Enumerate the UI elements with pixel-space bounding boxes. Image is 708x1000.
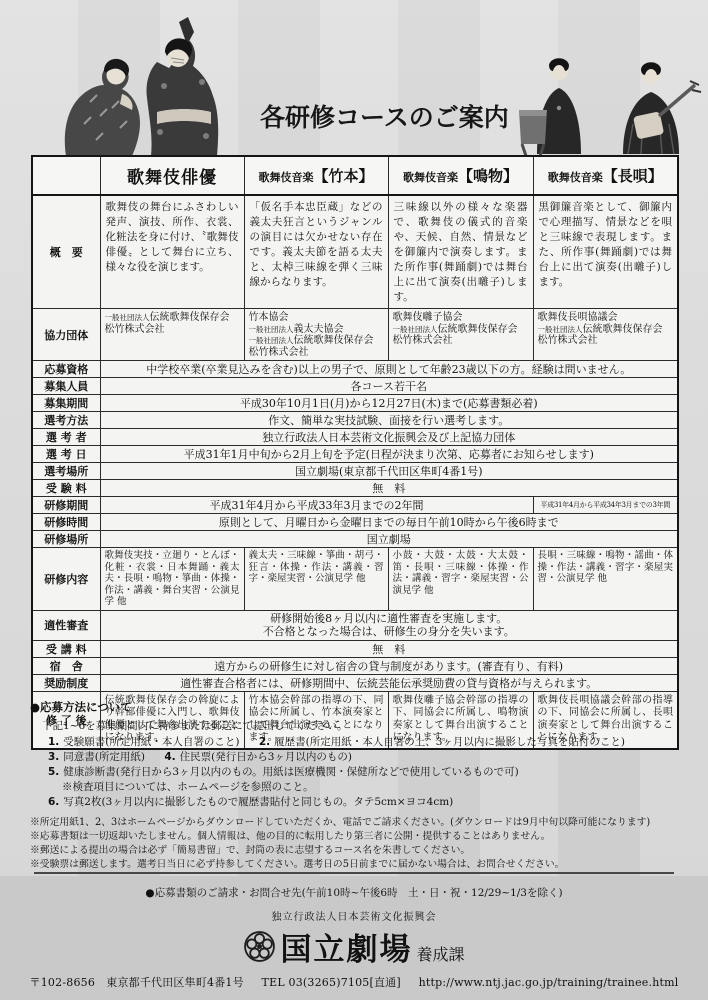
partner-line: 松竹株式会社 [249, 347, 384, 359]
row-selectors: 選 考 者独立行政法人日本芸術文化振興会及び上記協力団体 [32, 429, 678, 446]
application-item-line: 5.健康診断書(発行日から3ヶ月以内のもの。用紙は医療機関・保健所などで使用して… [48, 765, 680, 780]
row-label: 協力団体 [32, 309, 100, 361]
telephone: TEL 03(3265)7105[直通] [262, 976, 401, 989]
row-value: 国立劇場(東京都千代田区隼町4番1号) [100, 463, 678, 480]
item-text: 住民票(発行日から3ヶ月以内のもの) [180, 751, 352, 763]
corp-name: 歌舞伎囃子協会 [393, 312, 463, 323]
corp-name: 松竹株式会社 [393, 335, 453, 346]
row-label: 選考方法 [32, 412, 100, 429]
corp-name: 伝統歌舞伎保存会 [438, 324, 518, 335]
footer: ●応募書類のご請求・お問合せ先(午前10時~午後6時 土・日・祝・12/29~1… [0, 876, 708, 1000]
row-label: 選 考 者 [32, 429, 100, 446]
postal-address: 〒102-8656 東京都千代田区隼町4番1号 [30, 976, 244, 989]
row-training-place: 研修場所国立劇場 [32, 531, 678, 548]
corner-cell [32, 156, 100, 195]
row-label: 選 考 日 [32, 446, 100, 463]
corp-name: 伝統歌舞伎保存会 [294, 335, 374, 346]
row-curriculum: 研修内容 歌舞伎実技・立廻り・とんぼ・化粧・衣裳・日本舞踊・義太夫・長唄・鳴物・… [32, 548, 678, 611]
row-partners: 協力団体 一般社団法人伝統歌舞伎保存会 松竹株式会社 竹本協会 一般社団法人義太… [32, 309, 678, 361]
partner-line: 一般社団法人伝統歌舞伎保存会 [393, 324, 529, 336]
row-value: 平成30年10月1日(月)から12月27日(木)まで(応募書類必着) [100, 395, 678, 412]
row-label: 研修内容 [32, 548, 100, 611]
row-value: 独立行政法人日本芸術文化振興会及び上記協力団体 [100, 429, 678, 446]
row-label: 研修時間 [32, 514, 100, 531]
theater-title-line: 国立劇場 養成課 [0, 924, 708, 969]
corp-type: 一般社団法人 [538, 325, 583, 334]
corp-name: 竹本協会 [249, 312, 289, 323]
item-text: 健康診断書(発行日から3ヶ月以内のもの。用紙は医療機関・保健所などで使用している… [63, 766, 518, 778]
row-value: 各コース若干名 [100, 378, 678, 395]
partner-line: 一般社団法人義太夫協会 [249, 324, 384, 336]
kabuki-actors-illustration [60, 10, 258, 157]
footer-divider [34, 872, 674, 874]
item-number: 5. [48, 766, 59, 778]
table-header-row: 歌舞伎俳優 歌舞伎音楽【竹本】 歌舞伎音楽【鳴物】 歌舞伎音楽【長唄】 [32, 156, 678, 195]
row-label: 奨励制度 [32, 674, 100, 691]
row-selection-place: 選考場所国立劇場(東京都千代田区隼町4番1号) [32, 463, 678, 480]
row-value: 適性審査合格者には、研修期間中、伝統芸能伝承奨励費の貸与資格が与えられます。 [100, 674, 678, 691]
row-training-hours: 研修時間原則として、月曜日から金曜日までの毎日午前10時から午後6時まで [32, 514, 678, 531]
training-period-nagauta: 平成31年4月から平成34年3月までの3年間 [533, 497, 678, 514]
row-label: 募集人員 [32, 378, 100, 395]
row-selection-date: 選 考 日平成31年1月中旬から2月上旬を予定(日程が決まり次第、応募者にお知ら… [32, 446, 678, 463]
row-exam-fee: 受 験 料無 料 [32, 480, 678, 497]
aptitude-line-2: 不合格となった場合は、研修生の身分を失います。 [105, 625, 674, 639]
row-label: 概 要 [32, 195, 100, 309]
row-value: 遠方からの研修生に対し宿舎の貸与制度があります。(審査有り、有料) [100, 657, 678, 674]
row-overview: 概 要 歌舞伎の舞台にふさわしい発声、演技、所作、衣裳、化粧法を身に付け、〝歌舞… [32, 195, 678, 309]
column-label-prefix: 歌舞伎音楽 [548, 171, 603, 184]
shamisen-musicians-illustration [505, 52, 705, 157]
item-number: 3. [48, 751, 59, 763]
item-number: 4. [164, 751, 175, 763]
curriculum-cell: 長唄・三味線・鳴物・謡曲・体操・作法・講義・習字・楽屋実習・公演見学 他 [533, 548, 678, 611]
application-item-line: 6.写真2枚(3ヶ月以内に撮影したもので履歴書貼付と同じもの。タテ5cm×ヨコ4… [48, 795, 680, 810]
corp-name: 歌舞伎長唄協議会 [538, 312, 618, 323]
row-value: 作文、簡単な実技試験、面接を行い選考します。 [100, 412, 678, 429]
row-incentive: 奨励制度適性審査合格者には、研修期間中、伝統芸能伝承奨励費の貸与資格が与えられま… [32, 674, 678, 691]
partners-cell: 歌舞伎囃子協会 一般社団法人伝統歌舞伎保存会 松竹株式会社 [388, 309, 533, 361]
row-value: 原則として、月曜日から金曜日までの毎日午前10時から午後6時まで [100, 514, 678, 531]
partner-line: 松竹株式会社 [538, 335, 674, 347]
overview-cell: 「仮名手本忠臣蔵」などの義太夫狂言というジャンルの演目には欠かせない存在です。義… [244, 195, 388, 309]
item-number: 1. [48, 736, 59, 748]
partner-line: 松竹株式会社 [105, 324, 240, 336]
column-header-narimono: 歌舞伎音楽【鳴物】 [388, 156, 533, 195]
row-lodging: 宿 舎遠方からの研修生に対し宿舎の貸与制度があります。(審査有り、有料) [32, 657, 678, 674]
note-line: ※受験票は郵送します。選考日当日に必ず持参してください。選考日の5日前までに届か… [30, 858, 680, 872]
contact-info-line: ●応募書類のご請求・お問合せ先(午前10時~午後6時 土・日・祝・12/29~1… [0, 885, 708, 900]
row-value: 無 料 [100, 480, 678, 497]
item-text: 同意書(所定用紙) [63, 751, 145, 763]
column-label: 【長唄】 [603, 167, 663, 185]
overview-cell: 三味線以外の様々な楽器で、歌舞伎の儀式的音楽や、天候、自然、情景などを御簾内で演… [388, 195, 533, 309]
curriculum-cell: 義太夫・三味線・箏曲・胡弓・狂言・体操・作法・講義・習字・楽屋実習・公演見学 他 [244, 548, 388, 611]
application-intro: 下記1~6を募集期間内に持参または郵送にて提出してください。 [42, 718, 680, 733]
application-item-subnote: ※検査項目については、ホームページを参照のこと。 [62, 780, 680, 795]
partner-line: 一般社団法人伝統歌舞伎保存会 [249, 335, 384, 347]
row-tuition: 受 講 料無 料 [32, 640, 678, 657]
partner-line: 竹本協会 [249, 312, 384, 324]
corp-name: 松竹株式会社 [538, 335, 598, 346]
organization-name: 独立行政法人日本芸術文化振興会 [0, 908, 708, 923]
row-recruit-period: 募集期間平成30年10月1日(月)から12月27日(木)まで(応募書類必着) [32, 395, 678, 412]
page-title: 各研修コースのご案内 [260, 98, 490, 134]
item-text: 写真2枚(3ヶ月以内に撮影したもので履歴書貼付と同じもの。タテ5cm×ヨコ4cm… [63, 796, 453, 808]
overview-cell: 歌舞伎の舞台にふさわしい発声、演技、所作、衣裳、化粧法を身に付け、〝歌舞伎俳優〟… [100, 195, 244, 309]
row-label: 募集期間 [32, 395, 100, 412]
row-label: 適性審査 [32, 610, 100, 640]
row-label: 受 験 料 [32, 480, 100, 497]
column-label-prefix: 歌舞伎音楽 [258, 171, 313, 184]
training-period-main: 平成31年4月から平成33年3月までの2年間 [100, 497, 533, 514]
row-openings: 募集人員各コース若干名 [32, 378, 678, 395]
column-label: 歌舞伎俳優 [127, 168, 217, 188]
website-url: http://www.ntj.jac.go.jp/training/traine… [419, 976, 679, 989]
aptitude-cell: 研修開始後8ヶ月以内に適性審査を実施します。 不合格となった場合は、研修生の身分… [100, 610, 678, 640]
column-label: 【鳴物】 [458, 167, 518, 185]
corp-name: 義太夫協会 [294, 324, 344, 335]
row-label: 宿 舎 [32, 657, 100, 674]
application-item-line: 1.受験願書(所定用紙・本人自署のこと) 2.履歴書(所定用紙・本人自署の上、3… [48, 735, 680, 750]
item-text: 履歴書(所定用紙・本人自署の上、3ヶ月以内に撮影した写真を貼付のこと) [274, 736, 625, 748]
row-selection-method: 選考方法作文、簡単な実技試験、面接を行い選考します。 [32, 412, 678, 429]
corp-type: 一般社団法人 [249, 325, 294, 334]
row-value: 国立劇場 [100, 531, 678, 548]
item-text: 受験願書(所定用紙・本人自署のこと) [63, 736, 239, 748]
course-table: 歌舞伎俳優 歌舞伎音楽【竹本】 歌舞伎音楽【鳴物】 歌舞伎音楽【長唄】 概 要 … [31, 155, 679, 750]
row-label: 研修期間 [32, 497, 100, 514]
curriculum-cell: 歌舞伎実技・立廻り・とんぼ・化粧・衣裳・日本舞踊・義太夫・長唄・鳴物・箏曲・体操… [100, 548, 244, 611]
row-training-period: 研修期間 平成31年4月から平成33年3月までの2年間 平成31年4月から平成3… [32, 497, 678, 514]
column-label-prefix: 歌舞伎音楽 [403, 171, 458, 184]
column-header-kabuki-actor: 歌舞伎俳優 [100, 156, 244, 195]
column-label: 【竹本】 [313, 167, 373, 185]
header: 各研修コースのご案内 [0, 0, 708, 157]
curriculum-cell: 小鼓・大鼓・太鼓・大太鼓・笛・長唄・三味線・体操・作法・講義・習字・楽屋実習・公… [388, 548, 533, 611]
address-line: 〒102-8656 東京都千代田区隼町4番1号 TEL 03(3265)7105… [0, 974, 708, 990]
application-heading: ●応募方法について [30, 699, 680, 715]
aptitude-line-1: 研修開始後8ヶ月以内に適性審査を実施します。 [105, 612, 674, 626]
partner-line: 松竹株式会社 [393, 335, 529, 347]
partner-line: 歌舞伎囃子協会 [393, 312, 529, 324]
row-aptitude: 適性審査 研修開始後8ヶ月以内に適性審査を実施します。 不合格となった場合は、研… [32, 610, 678, 640]
corp-name: 伝統歌舞伎保存会 [150, 312, 230, 323]
row-value: 無 料 [100, 640, 678, 657]
item-number: 2. [259, 736, 270, 748]
corp-type: 一般社団法人 [393, 325, 438, 334]
row-label: 選考場所 [32, 463, 100, 480]
application-item-line: 3.同意書(所定用紙) 4.住民票(発行日から3ヶ月以内のもの) [48, 750, 680, 765]
national-theatre-crest-icon [243, 930, 276, 963]
note-line: ※郵送による提出の場合は必ず「簡易書留」で、封筒の表に志望するコース名を朱書して… [30, 844, 680, 858]
row-label: 応募資格 [32, 361, 100, 378]
column-header-nagauta: 歌舞伎音楽【長唄】 [533, 156, 678, 195]
partner-line: 一般社団法人伝統歌舞伎保存会 [538, 324, 674, 336]
leaflet-page: 各研修コースのご案内 [0, 0, 708, 1000]
row-value: 平成31年1月中旬から2月上旬を予定(日程が決まり次第、応募者にお知らせします) [100, 446, 678, 463]
department-name: 養成課 [416, 942, 464, 969]
partners-cell: 一般社団法人伝統歌舞伎保存会 松竹株式会社 [100, 309, 244, 361]
theater-name: 国立劇場 [280, 924, 412, 969]
row-value: 中学校卒業(卒業見込みを含む)以上の男子で、原則として年齢23歳以下の方。経験は… [100, 361, 678, 378]
row-label: 受 講 料 [32, 640, 100, 657]
corp-name: 松竹株式会社 [249, 347, 309, 358]
application-section: ●応募方法について 下記1~6を募集期間内に持参または郵送にて提出してください。… [30, 699, 680, 872]
corp-type: 一般社団法人 [105, 313, 150, 322]
partners-cell: 歌舞伎長唄協議会 一般社団法人伝統歌舞伎保存会 松竹株式会社 [533, 309, 678, 361]
note-line: ※所定用紙1、2、3はホームページからダウンロードしていただくか、電話でご請求く… [30, 816, 680, 830]
partners-cell: 竹本協会 一般社団法人義太夫協会 一般社団法人伝統歌舞伎保存会 松竹株式会社 [244, 309, 388, 361]
application-notes: ※所定用紙1、2、3はホームページからダウンロードしていただくか、電話でご請求く… [30, 816, 680, 872]
corp-type: 一般社団法人 [249, 336, 294, 345]
corp-name: 松竹株式会社 [105, 324, 165, 335]
row-eligibility: 応募資格中学校卒業(卒業見込みを含む)以上の男子で、原則として年齢23歳以下の方… [32, 361, 678, 378]
partner-line: 一般社団法人伝統歌舞伎保存会 [105, 312, 240, 324]
item-number: 6. [48, 796, 59, 808]
corp-name: 伝統歌舞伎保存会 [583, 324, 663, 335]
partner-line: 歌舞伎長唄協議会 [538, 312, 674, 324]
note-line: ※応募書類は一切返却いたしません。個人情報は、他の目的に転用したり第三者に公開・… [30, 830, 680, 844]
column-header-takemoto: 歌舞伎音楽【竹本】 [244, 156, 388, 195]
row-label: 研修場所 [32, 531, 100, 548]
overview-cell: 黒御簾音楽として、御簾内で心理描写、情景などを唄と三味線で表現します。また、所作… [533, 195, 678, 309]
